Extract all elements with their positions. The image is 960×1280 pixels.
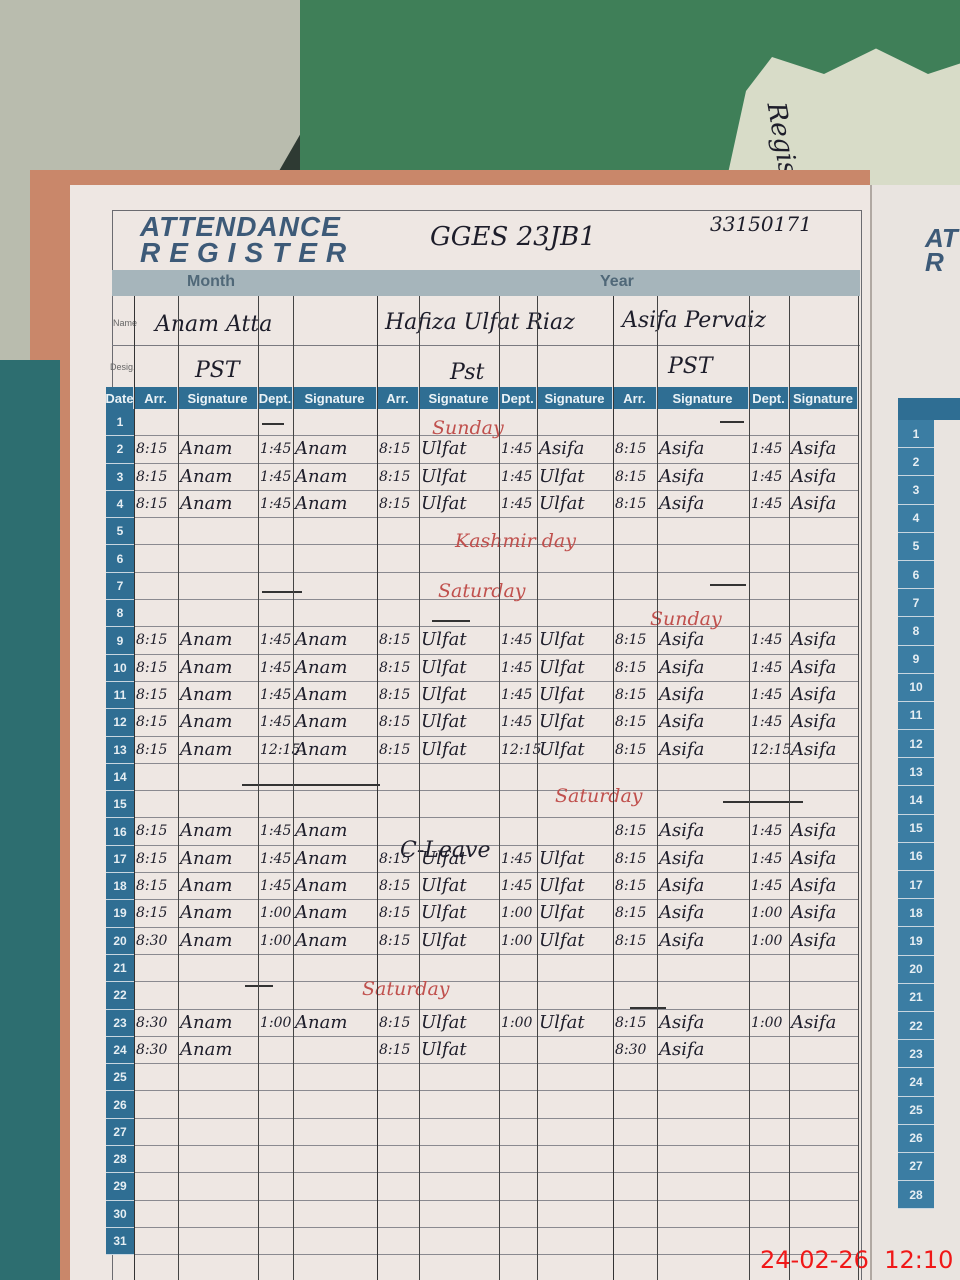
desig-row-label: Desig. xyxy=(110,362,136,372)
date-cell: 12 xyxy=(106,709,134,736)
next-page-date-cell: 27 xyxy=(898,1153,934,1181)
time-entry: 8:15 xyxy=(136,714,167,730)
signature-entry: Ulfat xyxy=(539,848,585,869)
date-cell: 6 xyxy=(106,545,134,572)
signature-entry: Ulfat xyxy=(421,657,467,678)
signature-entry: Ulfat xyxy=(539,875,585,896)
time-entry: 1:45 xyxy=(751,441,782,457)
signature-entry: Asifa xyxy=(659,657,704,678)
grid-line xyxy=(178,296,179,1280)
next-page-date-cell: 10 xyxy=(898,674,934,702)
grid-line xyxy=(613,296,614,1280)
time-entry: 8:15 xyxy=(136,632,167,648)
signature-entry: Asifa xyxy=(791,493,836,514)
date-cell: 17 xyxy=(106,846,134,873)
signature-entry: Ulfat xyxy=(421,902,467,923)
time-entry: 8:30 xyxy=(136,1042,167,1058)
time-entry: 8:15 xyxy=(379,1042,410,1058)
date-cell: 11 xyxy=(106,682,134,709)
time-entry: 1:45 xyxy=(260,632,291,648)
date-cell: 27 xyxy=(106,1119,134,1146)
signature-entry: Asifa xyxy=(791,848,836,869)
time-entry: 8:15 xyxy=(379,441,410,457)
signature-entry: Anam xyxy=(295,848,347,869)
time-entry: 8:15 xyxy=(136,823,167,839)
signature-entry: Anam xyxy=(180,930,232,951)
time-entry: 1:45 xyxy=(260,823,291,839)
time-entry: 8:15 xyxy=(379,878,410,894)
column-header: Signature xyxy=(178,387,258,409)
signature-entry: Ulfat xyxy=(421,466,467,487)
signature-entry: Asifa xyxy=(659,820,704,841)
signature-entry: Anam xyxy=(295,711,347,732)
column-header: Dept. xyxy=(499,387,537,409)
signature-entry: Ulfat xyxy=(539,629,585,650)
next-page-date-cell: 18 xyxy=(898,899,934,927)
next-page-title: AT R xyxy=(925,226,958,274)
time-entry: 1:45 xyxy=(501,878,532,894)
time-entry: 8:15 xyxy=(615,823,646,839)
signature-entry: Anam xyxy=(180,875,232,896)
date-cell: 21 xyxy=(106,955,134,982)
date-cell: 25 xyxy=(106,1064,134,1091)
time-entry: 12:15 xyxy=(751,742,791,758)
signature-entry: Anam xyxy=(295,875,347,896)
day-annotation: Saturday xyxy=(438,580,526,602)
signature-entry: Asifa xyxy=(791,684,836,705)
date-cell: 29 xyxy=(106,1173,134,1200)
time-entry: 8:15 xyxy=(615,469,646,485)
time-entry: 12:15 xyxy=(501,742,541,758)
signature-entry: Ulfat xyxy=(421,930,467,951)
column-header: Arr. xyxy=(613,387,657,409)
signature-entry: Asifa xyxy=(659,902,704,923)
date-cell: 9 xyxy=(106,627,134,654)
day-annotation: Kashmir day xyxy=(455,530,576,552)
time-entry: 8:15 xyxy=(615,714,646,730)
next-page-date-cell: 5 xyxy=(898,533,934,561)
signature-entry: Anam xyxy=(295,902,347,923)
next-page-date-cell: 6 xyxy=(898,561,934,589)
time-entry: 8:15 xyxy=(615,660,646,676)
time-entry: 8:15 xyxy=(136,660,167,676)
time-entry: 1:45 xyxy=(501,714,532,730)
signature-entry: Asifa xyxy=(791,930,836,951)
signature-entry: Anam xyxy=(295,629,347,650)
column-header: Signature xyxy=(789,387,858,409)
day-annotation: Sunday xyxy=(432,417,504,439)
date-cell: 16 xyxy=(106,818,134,845)
grid-line xyxy=(858,296,859,1280)
time-entry: 1:45 xyxy=(751,632,782,648)
date-cell: 31 xyxy=(106,1228,134,1255)
signature-entry: Ulfat xyxy=(421,629,467,650)
day-annotation: Sunday xyxy=(650,608,722,630)
signature-entry: Anam xyxy=(295,438,347,459)
signature-entry: Asifa xyxy=(791,657,836,678)
time-entry: 8:15 xyxy=(615,1015,646,1031)
grid-line xyxy=(657,296,658,1280)
time-entry: 8:15 xyxy=(136,469,167,485)
time-entry: 8:15 xyxy=(615,851,646,867)
signature-entry: Asifa xyxy=(791,902,836,923)
time-entry: 8:15 xyxy=(379,496,410,512)
signature-entry: Ulfat xyxy=(539,657,585,678)
signature-entry: Ulfat xyxy=(539,902,585,923)
time-entry: 1:00 xyxy=(501,1015,532,1031)
signature-entry: Ulfat xyxy=(421,711,467,732)
time-entry: 1:45 xyxy=(260,878,291,894)
date-cell: 19 xyxy=(106,900,134,927)
signature-entry: Anam xyxy=(180,902,232,923)
signature-entry: Anam xyxy=(295,1012,347,1033)
signature-entry: Anam xyxy=(180,711,232,732)
time-entry: 8:30 xyxy=(615,1042,646,1058)
signature-entry: Anam xyxy=(180,848,232,869)
grid-line xyxy=(419,296,420,1280)
next-page-date-cell: 24 xyxy=(898,1068,934,1096)
school-code: 33150171 xyxy=(710,212,812,236)
signature-entry: Anam xyxy=(295,820,347,841)
signature-entry: Asifa xyxy=(659,1012,704,1033)
staff-1-designation: PST xyxy=(195,358,240,383)
signature-entry: Ulfat xyxy=(421,438,467,459)
next-page-date-cell: 2 xyxy=(898,448,934,476)
signature-entry: Asifa xyxy=(791,739,836,760)
time-entry: 8:15 xyxy=(136,742,167,758)
time-entry: 8:15 xyxy=(379,660,410,676)
signature-entry: Ulfat xyxy=(539,1012,585,1033)
time-entry: 8:15 xyxy=(379,469,410,485)
day-annotation: Saturday xyxy=(555,785,643,807)
time-entry: 8:15 xyxy=(379,687,410,703)
signature-entry: Asifa xyxy=(791,438,836,459)
time-entry: 8:15 xyxy=(615,496,646,512)
day-annotation: Saturday xyxy=(362,978,450,1000)
signature-entry: Asifa xyxy=(659,466,704,487)
next-page-date-cell: 22 xyxy=(898,1012,934,1040)
next-page-date-cell: 16 xyxy=(898,843,934,871)
signature-entry: Anam xyxy=(180,1039,232,1060)
book-spine-pattern xyxy=(0,360,60,1280)
time-entry: 1:45 xyxy=(260,660,291,676)
time-entry: 1:45 xyxy=(751,660,782,676)
time-entry: 1:00 xyxy=(751,1015,782,1031)
signature-entry: Anam xyxy=(180,438,232,459)
time-entry: 8:15 xyxy=(615,905,646,921)
time-entry: 1:45 xyxy=(260,714,291,730)
next-page-date-cell: 23 xyxy=(898,1040,934,1068)
time-entry: 1:45 xyxy=(260,496,291,512)
signature-entry: Asifa xyxy=(659,930,704,951)
next-page-header-band xyxy=(898,398,960,420)
column-header: Signature xyxy=(657,387,749,409)
time-entry: 1:00 xyxy=(260,905,291,921)
time-entry: 1:45 xyxy=(751,714,782,730)
next-page-date-cell: 4 xyxy=(898,505,934,533)
time-entry: 1:00 xyxy=(751,933,782,949)
signature-entry: Asifa xyxy=(791,1012,836,1033)
time-entry: 8:15 xyxy=(136,687,167,703)
grid-line xyxy=(134,296,135,1280)
month-label: Month xyxy=(187,273,235,291)
time-entry: 8:15 xyxy=(615,742,646,758)
time-entry: 1:45 xyxy=(751,496,782,512)
time-entry: 8:15 xyxy=(379,742,410,758)
blank-mark xyxy=(723,801,803,803)
time-entry: 1:45 xyxy=(501,851,532,867)
date-cell: 13 xyxy=(106,737,134,764)
blank-mark xyxy=(432,620,470,622)
next-page-date-cell: 7 xyxy=(898,589,934,617)
date-cell: 1 xyxy=(106,409,134,436)
date-cell: 18 xyxy=(106,873,134,900)
time-entry: 1:45 xyxy=(501,687,532,703)
time-entry: 8:15 xyxy=(379,933,410,949)
signature-entry: Asifa xyxy=(659,1039,704,1060)
time-entry: 1:45 xyxy=(751,469,782,485)
next-page-date-cell: 15 xyxy=(898,815,934,843)
date-cell: 8 xyxy=(106,600,134,627)
time-entry: 1:45 xyxy=(501,441,532,457)
signature-entry: Anam xyxy=(295,657,347,678)
signature-entry: Anam xyxy=(180,820,232,841)
month-year-bar: Month Year xyxy=(112,270,860,296)
signature-entry: Asifa xyxy=(659,711,704,732)
signature-entry: Asifa xyxy=(791,629,836,650)
signature-entry: Anam xyxy=(295,466,347,487)
date-cell: 26 xyxy=(106,1091,134,1118)
column-header: Signature xyxy=(293,387,377,409)
signature-entry: Anam xyxy=(295,930,347,951)
time-entry: 1:00 xyxy=(260,933,291,949)
time-entry: 1:45 xyxy=(501,632,532,648)
date-cell: 5 xyxy=(106,518,134,545)
blank-mark xyxy=(245,985,273,987)
signature-entry: Anam xyxy=(180,493,232,514)
year-label: Year xyxy=(600,273,634,291)
date-cell: 3 xyxy=(106,464,134,491)
time-entry: 1:45 xyxy=(501,469,532,485)
signature-entry: Ulfat xyxy=(421,875,467,896)
next-page-date-cell: 8 xyxy=(898,617,934,645)
date-cell: 2 xyxy=(106,436,134,463)
signature-entry: Anam xyxy=(180,739,232,760)
signature-entry: Ulfat xyxy=(539,466,585,487)
time-entry: 1:45 xyxy=(260,687,291,703)
column-header: Arr. xyxy=(134,387,178,409)
next-page-date-cell: 3 xyxy=(898,476,934,504)
date-cell: 30 xyxy=(106,1201,134,1228)
date-cell: 10 xyxy=(106,655,134,682)
signature-entry: Asifa xyxy=(659,875,704,896)
signature-entry: Asifa xyxy=(659,848,704,869)
time-entry: 8:15 xyxy=(136,851,167,867)
date-column: 1234567891011121314151617181920212223242… xyxy=(106,409,134,1255)
grid-line xyxy=(293,296,294,1280)
time-entry: 1:45 xyxy=(260,441,291,457)
time-entry: 8:15 xyxy=(379,714,410,730)
time-entry: 1:45 xyxy=(751,687,782,703)
time-entry: 1:45 xyxy=(501,660,532,676)
signature-entry: Asifa xyxy=(791,466,836,487)
signature-entry: Asifa xyxy=(791,875,836,896)
time-entry: 1:45 xyxy=(501,496,532,512)
time-entry: 8:15 xyxy=(136,878,167,894)
next-page-date-cell: 28 xyxy=(898,1181,934,1209)
signature-entry: Anam xyxy=(295,684,347,705)
time-entry: 8:15 xyxy=(379,905,410,921)
next-page-date-cell: 9 xyxy=(898,646,934,674)
staff-2-designation: Pst xyxy=(450,360,484,385)
next-page-date-cell: 14 xyxy=(898,786,934,814)
school-name: GGES 23JB1 xyxy=(430,222,596,252)
signature-entry: Anam xyxy=(180,684,232,705)
next-page-date-cell: 19 xyxy=(898,927,934,955)
signature-entry: Anam xyxy=(180,657,232,678)
time-entry: 8:15 xyxy=(136,441,167,457)
name-row-divider xyxy=(112,345,860,346)
register-title: ATTENDANCE REGISTER xyxy=(140,214,355,266)
signature-entry: Asifa xyxy=(791,711,836,732)
grid-line xyxy=(258,296,259,1280)
date-cell: 23 xyxy=(106,1010,134,1037)
blank-mark xyxy=(630,1007,666,1009)
column-header: Dept. xyxy=(258,387,293,409)
signature-entry: Ulfat xyxy=(539,930,585,951)
staff-3-name: Asifa Pervaiz xyxy=(622,308,766,333)
signature-entry: Ulfat xyxy=(421,1012,467,1033)
signature-entry: Anam xyxy=(180,466,232,487)
date-cell: 15 xyxy=(106,791,134,818)
signature-entry: Anam xyxy=(180,629,232,650)
time-entry: 8:15 xyxy=(615,441,646,457)
blank-mark xyxy=(262,423,284,425)
grid-line xyxy=(537,296,538,1280)
time-entry: 8:15 xyxy=(379,632,410,648)
date-cell: 14 xyxy=(106,764,134,791)
date-cell: 24 xyxy=(106,1037,134,1064)
staff-3-designation: PST xyxy=(668,354,713,379)
time-entry: 1:00 xyxy=(501,933,532,949)
next-page-date-cell: 12 xyxy=(898,730,934,758)
next-page-date-cell: 1 xyxy=(898,420,934,448)
time-entry: 1:45 xyxy=(751,851,782,867)
time-entry: 8:15 xyxy=(615,933,646,949)
column-header: Date xyxy=(106,387,134,409)
time-entry: 8:15 xyxy=(136,496,167,512)
signature-entry: Ulfat xyxy=(539,493,585,514)
signature-entry: Asifa xyxy=(659,684,704,705)
blank-mark xyxy=(710,584,746,586)
time-entry: 8:15 xyxy=(136,905,167,921)
time-entry: 8:15 xyxy=(615,632,646,648)
signature-entry: Ulfat xyxy=(421,493,467,514)
time-entry: 1:00 xyxy=(501,905,532,921)
signature-entry: Ulfat xyxy=(539,684,585,705)
next-page-date-cell: 21 xyxy=(898,984,934,1012)
signature-entry: Asifa xyxy=(659,629,704,650)
blank-mark xyxy=(262,591,302,593)
signature-entry: Anam xyxy=(295,493,347,514)
next-page-date-column: 1234567891011121314151617181920212223242… xyxy=(898,420,934,1209)
table-header: DateArr.SignatureDept.SignatureArr.Signa… xyxy=(106,387,858,409)
time-entry: 1:45 xyxy=(260,469,291,485)
time-entry: 8:15 xyxy=(615,687,646,703)
signature-entry: Ulfat xyxy=(421,1039,467,1060)
next-page-date-cell: 26 xyxy=(898,1125,934,1153)
time-entry: 1:45 xyxy=(751,823,782,839)
signature-entry: Ulfat xyxy=(421,739,467,760)
signature-entry: Ulfat xyxy=(421,684,467,705)
time-entry: 8:15 xyxy=(615,878,646,894)
staff-2-name: Hafiza Ulfat Riaz xyxy=(385,310,575,335)
time-entry: 8:30 xyxy=(136,1015,167,1031)
date-cell: 4 xyxy=(106,491,134,518)
day-annotation: C-Leave xyxy=(400,838,490,863)
grid-line xyxy=(499,296,500,1280)
signature-entry: Ulfat xyxy=(539,711,585,732)
time-entry: 1:45 xyxy=(260,851,291,867)
time-entry: 1:45 xyxy=(751,878,782,894)
next-page-date-cell: 13 xyxy=(898,758,934,786)
time-entry: 8:15 xyxy=(379,1015,410,1031)
time-entry: 8:30 xyxy=(136,933,167,949)
blank-mark xyxy=(720,421,744,423)
signature-entry: Asifa xyxy=(659,739,704,760)
signature-entry: Anam xyxy=(295,739,347,760)
grid-line xyxy=(749,296,750,1280)
column-header: Signature xyxy=(537,387,613,409)
signature-entry: Asifa xyxy=(659,493,704,514)
signature-entry: Ulfat xyxy=(539,739,585,760)
signature-entry: Asifa xyxy=(659,438,704,459)
next-page-date-cell: 25 xyxy=(898,1097,934,1125)
next-page-date-cell: 20 xyxy=(898,956,934,984)
column-header: Dept. xyxy=(749,387,789,409)
time-entry: 1:00 xyxy=(260,1015,291,1031)
date-cell: 7 xyxy=(106,573,134,600)
time-entry: 1:00 xyxy=(751,905,782,921)
staff-1-name: Anam Atta xyxy=(155,312,272,337)
date-cell: 20 xyxy=(106,928,134,955)
date-cell: 22 xyxy=(106,982,134,1009)
grid-line xyxy=(789,296,790,1280)
signature-entry: Asifa xyxy=(791,820,836,841)
date-cell: 28 xyxy=(106,1146,134,1173)
column-header: Arr. xyxy=(377,387,419,409)
grid-line xyxy=(377,296,378,1280)
signature-entry: Anam xyxy=(180,1012,232,1033)
column-header: Signature xyxy=(419,387,499,409)
blank-mark xyxy=(242,784,380,786)
signature-entry: Asifa xyxy=(539,438,584,459)
next-page-date-cell: 11 xyxy=(898,702,934,730)
next-page-date-cell: 17 xyxy=(898,871,934,899)
